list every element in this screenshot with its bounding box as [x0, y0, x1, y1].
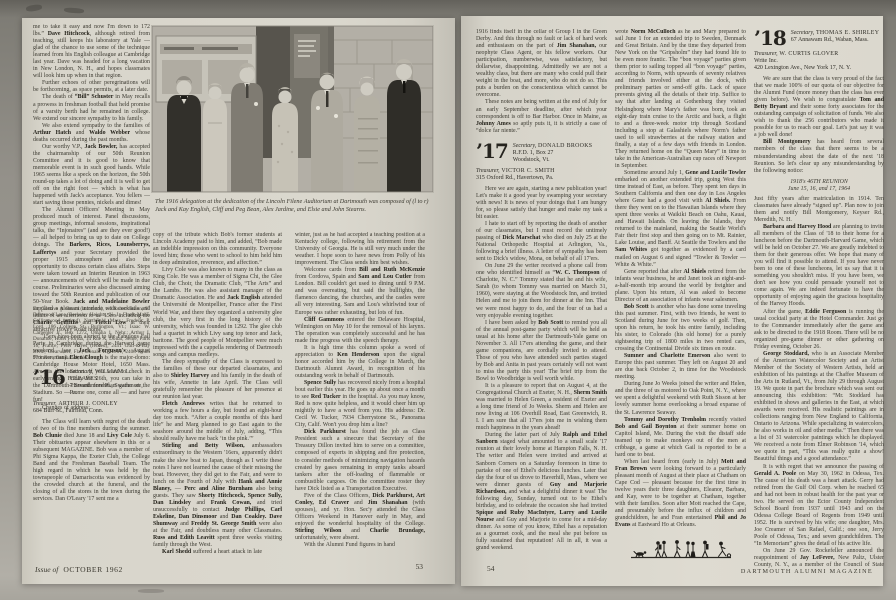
secretary-address: 67 Annawam Rd., Waban, Mass.	[791, 37, 879, 44]
paragraph: With the Alumni Fund figures in hand	[295, 542, 425, 549]
paragraph: During the latter part of July Ralph and…	[476, 432, 607, 552]
reunion-notice-dates: June 15, 16, and 17, 1964	[754, 186, 884, 193]
secretary-address: R.F.D. 1, Box 27 Woodstock, Vt.	[513, 150, 593, 164]
paragraph: Livy Cole was also known to many in the …	[153, 267, 282, 359]
paragraph: On June 29 the writer received a phone c…	[476, 263, 607, 319]
paragraph: Cliff Gammons entered the Delaware Hospi…	[295, 317, 425, 345]
class-1916-heading: ’16 Secretary, WILLIAM L. CLEAVES 7 Swar…	[33, 368, 150, 415]
paragraph: The deep sympathy of the Class is expres…	[153, 359, 282, 401]
left-column-3: winter, just as he had accepted a teachi…	[295, 232, 425, 560]
magazine-page-left: me to take it easy and now I'm down to 1…	[22, 18, 455, 584]
paragraph: We also extend sympathy to the families …	[33, 123, 150, 144]
paragraph: me to take it easy and now I'm down to 1…	[33, 24, 150, 80]
paragraph: On June 29 Gov. Rockefeller announced th…	[754, 548, 884, 569]
paragraph: The Class will learn with regret of the …	[33, 419, 150, 504]
paragraph: Tommy and Dorothy Trenholm recently visi…	[615, 417, 746, 459]
paragraph: Stirling and Betty Wilson, ambassadors e…	[153, 443, 282, 549]
secretary-label: Secretary,	[791, 30, 815, 36]
secretary-address: 7 Swarthmore Pl., Swathmore, Pa.	[70, 383, 150, 397]
paragraph: George Stoddard, who is an Associate Mem…	[754, 351, 884, 464]
class-1916-notes-continued: 1916 finds itself in the cellar of Group…	[476, 29, 607, 135]
footer-issue-date: Issue of OCTOBER 1962	[35, 565, 123, 574]
address-change-list: Dr. Gustave A. Braun (summers), c/o Robe…	[33, 306, 150, 361]
paragraph: Sometime around July 1, Gene and Lucile …	[615, 170, 746, 269]
left-column-1-lower: Dr. Gustave A. Braun (summers), c/o Robe…	[33, 304, 150, 573]
treasurer-name: ARTHUR J. CONLEY	[58, 401, 118, 407]
group-photo	[152, 26, 433, 192]
treasurer-label: Treasurer,	[33, 401, 57, 407]
paragraph: We are sure that the class is very proud…	[754, 76, 884, 139]
paragraph: 1916 finds itself in the cellar of Group…	[476, 29, 607, 99]
paragraph: Sumner and Charlotte Emerson also went t…	[615, 353, 746, 381]
right-column-2: wrote Norm McCulloch as he and Mary prep…	[615, 29, 746, 534]
class-1916-numeral: ’16	[33, 368, 65, 386]
paragraph: wrote Norm McCulloch as he and Mary prep…	[615, 29, 746, 170]
paragraph: The death of “Bill” Schuster in May reca…	[33, 94, 150, 122]
footer-magazine-title: DARTMOUTH ALUMNI MAGAZINE	[741, 568, 873, 575]
page-number: 54	[487, 564, 494, 573]
paragraph: Bill Montgomery has heard from several m…	[754, 139, 884, 174]
footer-month-year: OCTOBER 1962	[63, 565, 123, 574]
secretary-label: Secretary,	[513, 143, 537, 149]
paragraph: Bob Scott is another who has done some t…	[615, 304, 746, 353]
paragraph: These notes are being written at the end…	[476, 99, 607, 134]
paragraph: When last heard from (early in July) Mot…	[615, 459, 746, 529]
treasurer-label: Treasurer,	[754, 51, 778, 57]
paragraph: It is high time this column spoke a word…	[295, 345, 425, 380]
paragraph: I hate to start off by reporting the dea…	[476, 221, 607, 263]
paragraph: Further echoes of other peregrinations w…	[33, 80, 150, 94]
paragraph: Here we are again, starting a new public…	[476, 186, 607, 221]
paragraph: Welcome cards from Bill and Ruth McKenzi…	[295, 267, 425, 316]
treasurer-label: Treasurer,	[476, 168, 500, 174]
paragraph: Five of the Class Officers, Dick Parkhur…	[295, 493, 425, 542]
page-number: 53	[416, 562, 423, 571]
walking-figures-illustration	[629, 536, 733, 562]
magazine-page-right: 1916 finds itself in the cellar of Group…	[461, 16, 883, 586]
treasurer-name: VICTOR C. SMITH	[501, 168, 554, 174]
paragraph: During June Jo Weeks joined the writer a…	[615, 381, 746, 416]
treasurer-name: W. CURTIS GLOVER	[779, 51, 838, 57]
secretary-label: Secretary,	[70, 369, 94, 375]
right-column-3: ’18 Secretary, THOMAS E. SHIRLEY 67 Anna…	[754, 29, 884, 569]
paragraph: Dick Parkhurst has found the job as Clas…	[295, 429, 425, 492]
paragraph: Barbara and Harvey Hood are planning to …	[754, 224, 884, 309]
class-1917-heading: ’17 Secretary, DONALD BROOKS R.F.D. 1, B…	[476, 142, 607, 182]
paragraph: After the game, Eddie Ferguson is runnin…	[754, 309, 884, 351]
paragraph: Just fifty years after matriculation in …	[754, 196, 884, 224]
secretary-name: THOMAS E. SHIRLEY	[816, 30, 879, 36]
photo-caption: The 1916 delegation at the dedication of…	[155, 198, 434, 213]
scan-artifact	[138, 589, 164, 593]
footer-issue-of: Issue of	[35, 565, 58, 574]
paragraph: Karl Shedd suffered a heart attack in la…	[153, 549, 282, 556]
secretary-name: DONALD BROOKS	[538, 143, 592, 149]
paragraph: Fletch Andrews writes that he returned t…	[153, 401, 282, 443]
right-column-1: 1916 finds itself in the cellar of Group…	[476, 29, 607, 559]
class-1916-notes: The Class will learn with regret of the …	[33, 419, 150, 504]
treasurer-address: 684 Burr St., Fairfield, Conn.	[33, 408, 150, 415]
class-1918-numeral: ’18	[754, 29, 786, 47]
left-column-2: copy of the tribute which Bob's former s…	[153, 232, 282, 560]
class-1918-notes-intro: We are sure that the class is very proud…	[754, 76, 884, 175]
paragraph: I have been asked by Bob Scott to remind…	[476, 320, 607, 383]
class-1917-numeral: ’17	[476, 142, 508, 160]
paragraph: It is a pleasure to report that on Augus…	[476, 383, 607, 432]
class-1918-notes: Just fifty years after matriculation in …	[754, 196, 884, 569]
class-1917-notes: Here we are again, starting a new public…	[476, 186, 607, 552]
reunion-notice-title: 1918's 46TH REUNION	[754, 179, 884, 186]
paragraph: It is with regret that we announce the p…	[754, 464, 884, 549]
class-1918-heading: ’18 Secretary, THOMAS E. SHIRLEY 67 Anna…	[754, 29, 884, 72]
paragraph: winter, just as he had accepted a teachi…	[295, 232, 425, 267]
paragraph: Our worthy V.P., Jack Bowler, has accept…	[33, 144, 150, 207]
treasurer-address: 315 Oxford Rd., Havertown, Pa.	[476, 175, 607, 182]
paragraph: Spence Sully has recovered nicely from a…	[295, 380, 425, 429]
paragraph: copy of the tribute which Bob's former s…	[153, 232, 282, 267]
treasurer-address: Write Inc. 420 Lexington Ave., New York …	[754, 58, 884, 72]
reunion-notice: 1918's 46TH REUNION June 15, 16, and 17,…	[754, 179, 884, 193]
paragraph: Gene reported that after Al Shiels retir…	[615, 269, 746, 304]
